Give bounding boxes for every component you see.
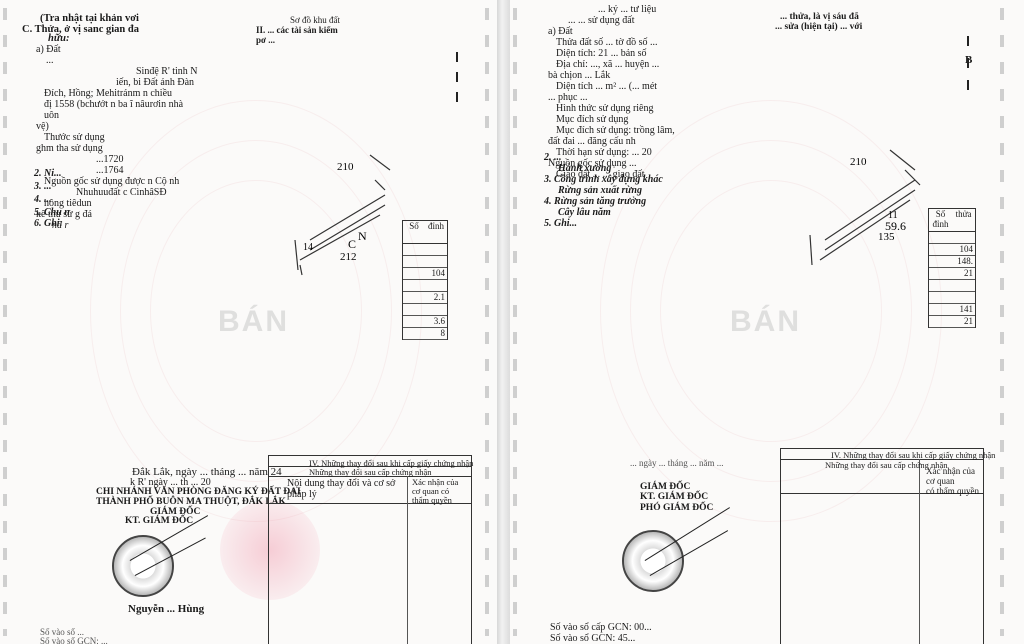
- margin-tick-marks: [967, 36, 969, 96]
- left-page: BÁN (Tra nhật tại khản vơi C. Thửa, ở vị…: [0, 0, 497, 644]
- right-edge-marks: [1000, 8, 1004, 636]
- changes-table: IV. Những thay đổi sau khi cấp giấy chứn…: [268, 455, 472, 644]
- svg-text:11: 11: [888, 210, 898, 221]
- numbered-items: 2. Ni... 3. ... 4. ... 5. Chu n 6. Ghi:: [34, 168, 70, 229]
- left-inner-edge-marks: [485, 8, 489, 636]
- right-inner-edge-marks: [513, 8, 517, 636]
- svg-text:C: C: [348, 237, 356, 251]
- svg-text:135: 135: [878, 231, 895, 243]
- coordinate-table: Sốđỉnh 104 2.1 3.6 8: [402, 220, 448, 340]
- svg-text:210: 210: [850, 156, 867, 168]
- svg-text:212: 212: [340, 251, 357, 263]
- certificate-number-line: Số vào sổ GCN: 45...: [550, 633, 635, 644]
- signer-title-3: PHÓ GIÁM ĐỐC: [640, 503, 713, 515]
- page-gutter: [497, 0, 510, 644]
- certificate-number-line: Số vào sổ GCN: ...: [40, 636, 108, 644]
- header-line: C. Thửa, ở vị sanc gian đa: [22, 24, 139, 36]
- watermark: BÁN: [218, 305, 289, 339]
- watermark: BÁN: [730, 305, 801, 339]
- book-number-line: Số vào sổ cấp GCN: 00...: [550, 622, 652, 634]
- header-line: (Tra nhật tại khản vơi: [40, 13, 139, 25]
- signer-name: Nguyễn ... Hùng: [128, 604, 204, 616]
- right-page: BÁN ... ký ... tư liệu ... ... sử dụng đ…: [510, 0, 1024, 644]
- numbered-items: 2. ... Hành xương 3. Công trình xây dựng…: [544, 152, 663, 229]
- changes-table: IV. Những thay đổi sau khi cấp giấy chứn…: [780, 448, 984, 644]
- plot-section-title: ... sửa (hiện tại) ... với: [775, 22, 862, 34]
- svg-text:14: 14: [303, 242, 313, 253]
- coordinate-table: Số đỉnhthửa 104 148. 21 141 21: [928, 208, 976, 328]
- official-stamp: [112, 535, 174, 597]
- margin-tick-marks: [456, 52, 458, 102]
- svg-text:210: 210: [337, 161, 354, 173]
- plot-diagram: 210 N C 212 14: [270, 140, 400, 280]
- signature-date-line: ... ngày ... tháng ... năm ...: [630, 458, 724, 470]
- svg-text:N: N: [358, 229, 367, 243]
- signer-title-2: KT. GIÁM ĐỐC: [640, 492, 708, 504]
- plot-diagram: 210 59.6 135 11: [790, 140, 930, 270]
- section-label: hữu:: [48, 33, 69, 45]
- signer-title-2: KT. GIÁM ĐỐC: [125, 516, 193, 528]
- left-edge-marks: [3, 8, 7, 636]
- plot-section-sub: pơ ...: [256, 35, 275, 47]
